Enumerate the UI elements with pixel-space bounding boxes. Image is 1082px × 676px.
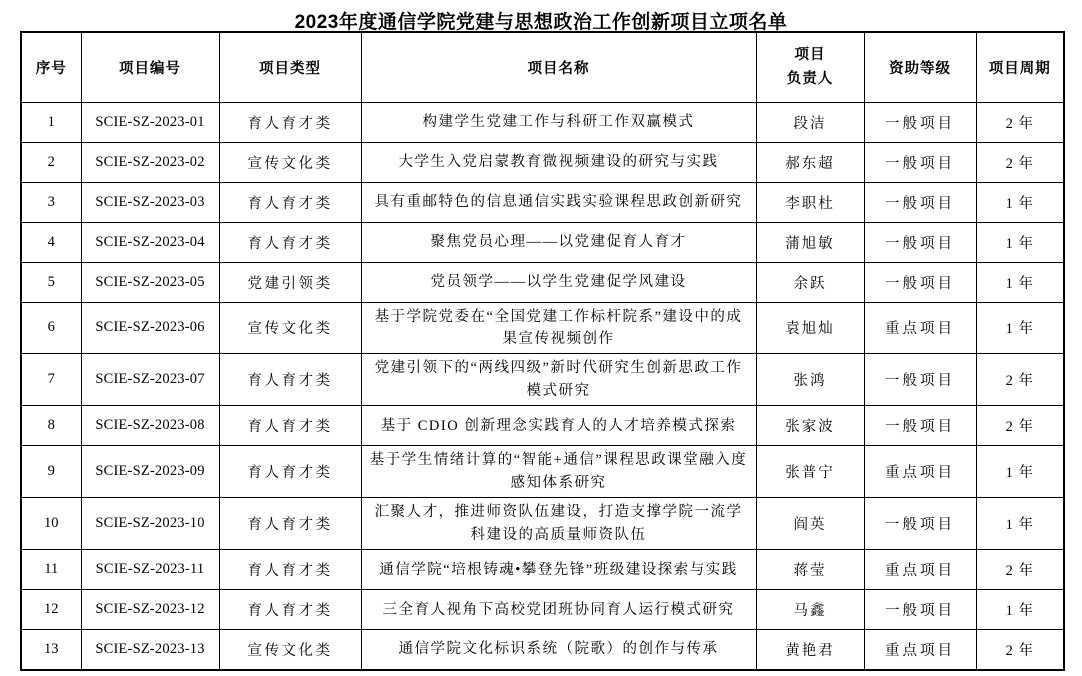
cell-funding-grade: 一般项目: [864, 182, 976, 222]
cell-serial-number: 8: [21, 406, 81, 446]
cell-project-code: SCIE-SZ-2023-03: [81, 182, 219, 222]
projects-table: 序号 项目编号 项目类型 项目名称 项目 负责人 资助等级 项目周期 1 SCI…: [20, 31, 1065, 671]
cell-project-period: 1 年: [976, 446, 1064, 498]
cell-project-leader: 段洁: [756, 102, 864, 142]
cell-serial-number: 5: [21, 262, 81, 302]
cell-project-type: 育人育才类: [219, 446, 361, 498]
cell-project-period: 1 年: [976, 222, 1064, 262]
cell-project-leader: 黄艳君: [756, 630, 864, 670]
cell-project-name: 汇聚人才，推进师资队伍建设，打造支撑学院一流学科建设的高质量师资队伍: [361, 498, 756, 550]
cell-serial-number: 11: [21, 550, 81, 590]
cell-project-leader: 袁旭灿: [756, 302, 864, 354]
cell-serial-number: 7: [21, 354, 81, 406]
document-page: 2023年度通信学院党建与思想政治工作创新项目立项名单 序号 项目编号 项目类型…: [0, 0, 1082, 676]
header-funding-grade: 资助等级: [864, 32, 976, 102]
cell-project-type: 党建引领类: [219, 262, 361, 302]
cell-project-code: SCIE-SZ-2023-06: [81, 302, 219, 354]
cell-project-leader: 余跃: [756, 262, 864, 302]
cell-project-name: 大学生入党启蒙教育微视频建设的研究与实践: [361, 142, 756, 182]
cell-project-period: 1 年: [976, 590, 1064, 630]
cell-project-leader: 郝东超: [756, 142, 864, 182]
cell-project-code: SCIE-SZ-2023-11: [81, 550, 219, 590]
cell-project-leader: 张鸿: [756, 354, 864, 406]
cell-project-leader: 蒲旭敏: [756, 222, 864, 262]
cell-project-type: 育人育才类: [219, 354, 361, 406]
cell-project-type: 育人育才类: [219, 102, 361, 142]
cell-project-period: 2 年: [976, 550, 1064, 590]
cell-funding-grade: 一般项目: [864, 102, 976, 142]
cell-project-leader: 蒋莹: [756, 550, 864, 590]
cell-project-name: 通信学院“培根铸魂•攀登先锋”班级建设探索与实践: [361, 550, 756, 590]
cell-project-leader: 张普宁: [756, 446, 864, 498]
table-row: 3 SCIE-SZ-2023-03 育人育才类 具有重邮特色的信息通信实践实验课…: [21, 182, 1064, 222]
cell-project-code: SCIE-SZ-2023-10: [81, 498, 219, 550]
table-row: 7 SCIE-SZ-2023-07 育人育才类 党建引领下的“两线四级”新时代研…: [21, 354, 1064, 406]
cell-project-code: SCIE-SZ-2023-13: [81, 630, 219, 670]
cell-project-type: 育人育才类: [219, 222, 361, 262]
header-project-code: 项目编号: [81, 32, 219, 102]
cell-project-period: 1 年: [976, 262, 1064, 302]
cell-serial-number: 2: [21, 142, 81, 182]
cell-serial-number: 12: [21, 590, 81, 630]
cell-project-name: 具有重邮特色的信息通信实践实验课程思政创新研究: [361, 182, 756, 222]
cell-serial-number: 3: [21, 182, 81, 222]
header-serial-number: 序号: [21, 32, 81, 102]
cell-project-code: SCIE-SZ-2023-08: [81, 406, 219, 446]
cell-project-code: SCIE-SZ-2023-04: [81, 222, 219, 262]
table-body: 1 SCIE-SZ-2023-01 育人育才类 构建学生党建工作与科研工作双赢模…: [21, 102, 1064, 670]
cell-funding-grade: 一般项目: [864, 142, 976, 182]
cell-project-period: 2 年: [976, 142, 1064, 182]
table-row: 10 SCIE-SZ-2023-10 育人育才类 汇聚人才，推进师资队伍建设，打…: [21, 498, 1064, 550]
table-row: 1 SCIE-SZ-2023-01 育人育才类 构建学生党建工作与科研工作双赢模…: [21, 102, 1064, 142]
cell-funding-grade: 重点项目: [864, 550, 976, 590]
cell-project-type: 宣传文化类: [219, 302, 361, 354]
header-project-type: 项目类型: [219, 32, 361, 102]
cell-project-name: 基于学生情绪计算的“智能+通信”课程思政课堂融入度感知体系研究: [361, 446, 756, 498]
cell-project-period: 2 年: [976, 406, 1064, 446]
table-row: 4 SCIE-SZ-2023-04 育人育才类 聚焦党员心理——以党建促育人育才…: [21, 222, 1064, 262]
cell-funding-grade: 一般项目: [864, 498, 976, 550]
cell-project-leader: 马鑫: [756, 590, 864, 630]
table-row: 12 SCIE-SZ-2023-12 育人育才类 三全育人视角下高校党团班协同育…: [21, 590, 1064, 630]
cell-funding-grade: 重点项目: [864, 302, 976, 354]
table-header: 序号 项目编号 项目类型 项目名称 项目 负责人 资助等级 项目周期: [21, 32, 1064, 102]
cell-project-period: 1 年: [976, 182, 1064, 222]
cell-serial-number: 9: [21, 446, 81, 498]
cell-project-period: 2 年: [976, 354, 1064, 406]
cell-project-leader: 阎英: [756, 498, 864, 550]
cell-serial-number: 4: [21, 222, 81, 262]
table-row: 8 SCIE-SZ-2023-08 育人育才类 基于 CDIO 创新理念实践育人…: [21, 406, 1064, 446]
cell-project-code: SCIE-SZ-2023-09: [81, 446, 219, 498]
cell-funding-grade: 重点项目: [864, 630, 976, 670]
cell-project-leader: 李职杜: [756, 182, 864, 222]
table-row: 6 SCIE-SZ-2023-06 宣传文化类 基于学院党委在“全国党建工作标杆…: [21, 302, 1064, 354]
cell-project-type: 育人育才类: [219, 182, 361, 222]
header-project-leader: 项目 负责人: [756, 32, 864, 102]
cell-funding-grade: 一般项目: [864, 590, 976, 630]
header-project-name: 项目名称: [361, 32, 756, 102]
cell-project-code: SCIE-SZ-2023-05: [81, 262, 219, 302]
cell-funding-grade: 一般项目: [864, 406, 976, 446]
cell-project-period: 1 年: [976, 498, 1064, 550]
cell-project-type: 宣传文化类: [219, 630, 361, 670]
header-row: 序号 项目编号 项目类型 项目名称 项目 负责人 资助等级 项目周期: [21, 32, 1064, 102]
cell-project-period: 2 年: [976, 630, 1064, 670]
cell-project-type: 育人育才类: [219, 498, 361, 550]
cell-project-type: 育人育才类: [219, 550, 361, 590]
table-row: 5 SCIE-SZ-2023-05 党建引领类 党员领学——以学生党建促学风建设…: [21, 262, 1064, 302]
cell-project-name: 通信学院文化标识系统（院歌）的创作与传承: [361, 630, 756, 670]
cell-project-type: 育人育才类: [219, 590, 361, 630]
table-row: 11 SCIE-SZ-2023-11 育人育才类 通信学院“培根铸魂•攀登先锋”…: [21, 550, 1064, 590]
cell-project-period: 2 年: [976, 102, 1064, 142]
document-title: 2023年度通信学院党建与思想政治工作创新项目立项名单: [0, 0, 1082, 31]
cell-project-type: 宣传文化类: [219, 142, 361, 182]
cell-project-name: 聚焦党员心理——以党建促育人育才: [361, 222, 756, 262]
cell-project-name: 构建学生党建工作与科研工作双赢模式: [361, 102, 756, 142]
cell-serial-number: 10: [21, 498, 81, 550]
cell-project-name: 党建引领下的“两线四级”新时代研究生创新思政工作模式研究: [361, 354, 756, 406]
cell-project-code: SCIE-SZ-2023-07: [81, 354, 219, 406]
table-row: 9 SCIE-SZ-2023-09 育人育才类 基于学生情绪计算的“智能+通信”…: [21, 446, 1064, 498]
cell-project-code: SCIE-SZ-2023-02: [81, 142, 219, 182]
cell-serial-number: 6: [21, 302, 81, 354]
cell-funding-grade: 重点项目: [864, 446, 976, 498]
cell-project-code: SCIE-SZ-2023-01: [81, 102, 219, 142]
cell-project-name: 三全育人视角下高校党团班协同育人运行模式研究: [361, 590, 756, 630]
header-project-period: 项目周期: [976, 32, 1064, 102]
cell-project-name: 基于学院党委在“全国党建工作标杆院系”建设中的成果宣传视频创作: [361, 302, 756, 354]
cell-project-name: 基于 CDIO 创新理念实践育人的人才培养模式探索: [361, 406, 756, 446]
cell-funding-grade: 一般项目: [864, 222, 976, 262]
cell-project-code: SCIE-SZ-2023-12: [81, 590, 219, 630]
cell-serial-number: 1: [21, 102, 81, 142]
cell-project-leader: 张家波: [756, 406, 864, 446]
cell-serial-number: 13: [21, 630, 81, 670]
cell-funding-grade: 一般项目: [864, 262, 976, 302]
table-row: 2 SCIE-SZ-2023-02 宣传文化类 大学生入党启蒙教育微视频建设的研…: [21, 142, 1064, 182]
table-row: 13 SCIE-SZ-2023-13 宣传文化类 通信学院文化标识系统（院歌）的…: [21, 630, 1064, 670]
cell-funding-grade: 一般项目: [864, 354, 976, 406]
cell-project-period: 1 年: [976, 302, 1064, 354]
cell-project-name: 党员领学——以学生党建促学风建设: [361, 262, 756, 302]
cell-project-type: 育人育才类: [219, 406, 361, 446]
